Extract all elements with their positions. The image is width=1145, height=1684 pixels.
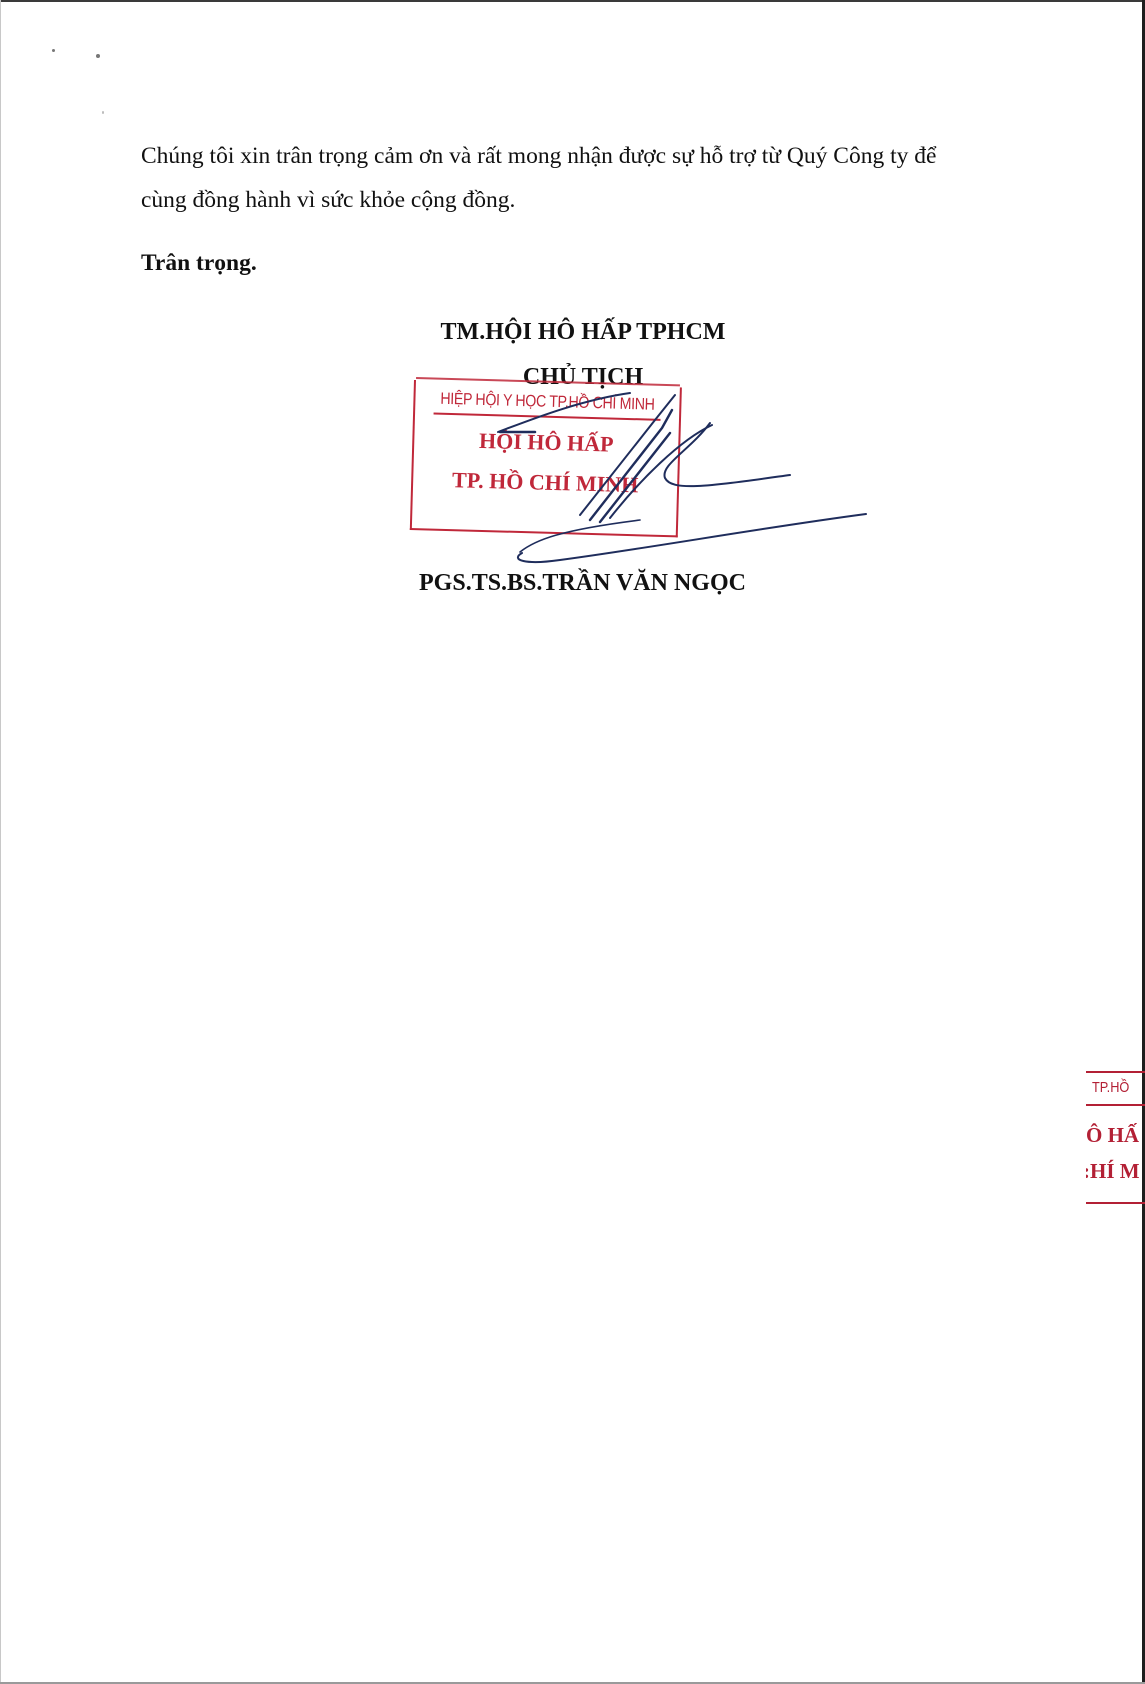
document-page: Chúng tôi xin trân trọng cảm ơn và rất m… xyxy=(0,0,1145,1684)
stamp-fragment-line: Ô HẤ xyxy=(1086,1123,1139,1148)
stamp-header: HIỆP HỘI Y HỌC TP.HỒ CHÍ MINH xyxy=(434,386,662,421)
stamp-city: TP. HỒ CHÍ MINH xyxy=(413,466,678,499)
signature-organization: TM.HỘI HÔ HẤP TPHCM xyxy=(433,319,733,346)
official-stamp: HIỆP HỘI Y HỌC TP.HỒ CHÍ MINH HỘI HÔ HẤP… xyxy=(410,380,682,537)
scan-speck xyxy=(96,54,100,58)
stamp-fragment-rule xyxy=(1086,1104,1145,1106)
stamp-fragment-rule xyxy=(1086,1202,1145,1204)
scan-edge-left xyxy=(0,0,1,1684)
stamp-fragment-rule xyxy=(1086,1071,1145,1073)
body-line: cùng đồng hành vì sức khỏe cộng đồng. xyxy=(141,178,936,222)
scan-edge-top xyxy=(0,0,1145,2)
closing-salutation: Trân trọng. xyxy=(141,250,257,277)
signer-name: PGS.TS.BS.TRẦN VĂN NGỌC xyxy=(400,570,765,597)
stamp-organization: HỘI HÔ HẤP xyxy=(414,426,679,459)
stamp-fragment-line: :HÍ M xyxy=(1086,1159,1140,1184)
edge-stamp-fragment: TP.HỒ Ô HẤ :HÍ M xyxy=(1086,1071,1145,1205)
body-line: Chúng tôi xin trân trọng cảm ơn và rất m… xyxy=(141,134,936,178)
stamp-fragment-header: TP.HỒ xyxy=(1092,1079,1129,1096)
body-paragraph: Chúng tôi xin trân trọng cảm ơn và rất m… xyxy=(141,134,936,222)
scan-speck xyxy=(102,111,104,114)
scan-speck xyxy=(52,49,55,52)
